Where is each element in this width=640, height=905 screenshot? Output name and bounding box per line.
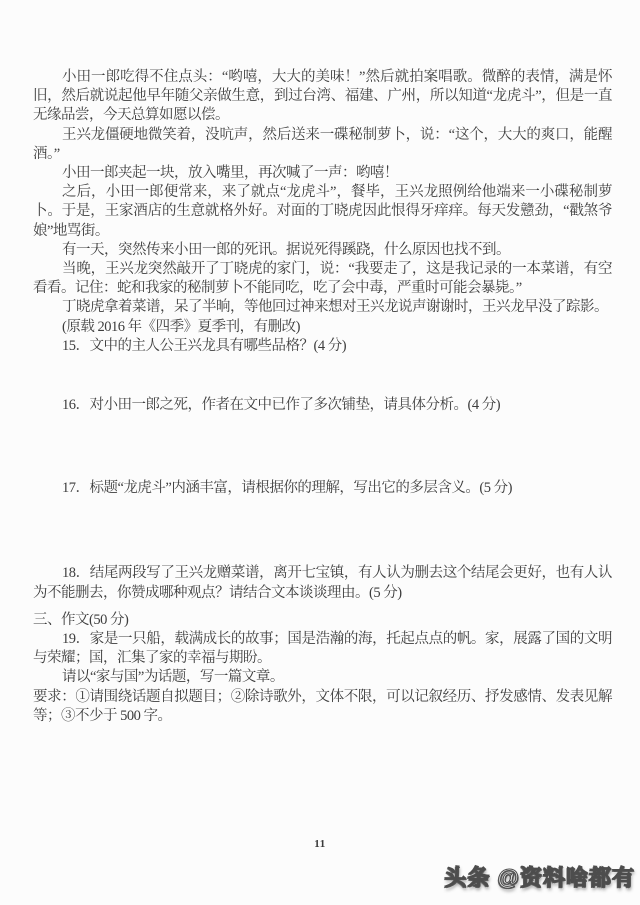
essay-requirements: 要求：①请围绕话题自拟题目；②除诗歌外，文体不限，可以记叙经历、抒发感情、发表见… bbox=[33, 688, 612, 726]
exam-content: 小田一郎吃得不住点头：“哟嘻，大大的美味！”然后就拍案唱歌。微醉的表情，满是怀旧… bbox=[33, 68, 612, 726]
answer-space-18 bbox=[33, 603, 612, 611]
essay-section-heading: 三、作文(50 分) bbox=[33, 611, 612, 630]
passage-source-note: (原载 2016 年《四季》夏季刊，有删改) bbox=[33, 318, 612, 337]
question-19-essay-prompt: 19．家是一只船，载满成长的故事；国是浩瀚的海，托起点点的帆。家，展露了国的文明… bbox=[33, 630, 612, 668]
passage-paragraph-5: 有一天，突然传来小田一郎的死讯。据说死得蹊跷，什么原因也找不到。 bbox=[33, 241, 612, 260]
question-17: 17．标题“龙虎斗”内涵丰富，请根据你的理解，写出它的多层含义。(5 分) bbox=[33, 479, 612, 498]
passage-paragraph-4: 之后，小田一郎便常来，来了就点“龙虎斗”，餐毕，王兴龙照例给他端来一小碟秘制萝卜… bbox=[33, 183, 612, 241]
page-number: 11 bbox=[0, 838, 640, 850]
answer-space-16 bbox=[33, 415, 612, 479]
watermark-toutiao: 头条 @资料啥都有 bbox=[444, 861, 635, 892]
question-18: 18．结尾两段写了王兴龙赠菜谱，离开七宝镇，有人认为删去这个结尾会更好，也有人认… bbox=[33, 564, 612, 602]
question-16: 16．对小田一郎之死，作者在文中已作了多次铺垫，请具体分析。(4 分) bbox=[33, 396, 612, 415]
essay-topic-line: 请以“家与国”为话题，写一篇文章。 bbox=[33, 668, 612, 687]
passage-paragraph-1: 小田一郎吃得不住点头：“哟嘻，大大的美味！”然后就拍案唱歌。微醉的表情，满是怀旧… bbox=[33, 68, 612, 126]
passage-paragraph-3: 小田一郎夹起一块，放入嘴里，再次喊了一声：哟嘻！ bbox=[33, 164, 612, 183]
exam-page: 小田一郎吃得不住点头：“哟嘻，大大的美味！”然后就拍案唱歌。微醉的表情，满是怀旧… bbox=[0, 0, 640, 905]
passage-paragraph-7: 丁晓虎拿着菜谱，呆了半晌，等他回过神来想对王兴龙说声谢谢时，王兴龙早没了踪影。 bbox=[33, 298, 612, 317]
passage-paragraph-6: 当晚，王兴龙突然敲开了丁晓虎的家门，说：“我要走了，这是我记录的一本菜谱，有空看… bbox=[33, 260, 612, 298]
passage-paragraph-2: 王兴龙僵硬地微笑着，没吭声，然后送来一碟秘制萝卜，说：“这个，大大的爽口，能醒酒… bbox=[33, 126, 612, 164]
question-15: 15．文中的主人公王兴龙具有哪些品格？(4 分) bbox=[33, 337, 612, 356]
answer-space-15 bbox=[33, 356, 612, 396]
answer-space-17 bbox=[33, 498, 612, 564]
